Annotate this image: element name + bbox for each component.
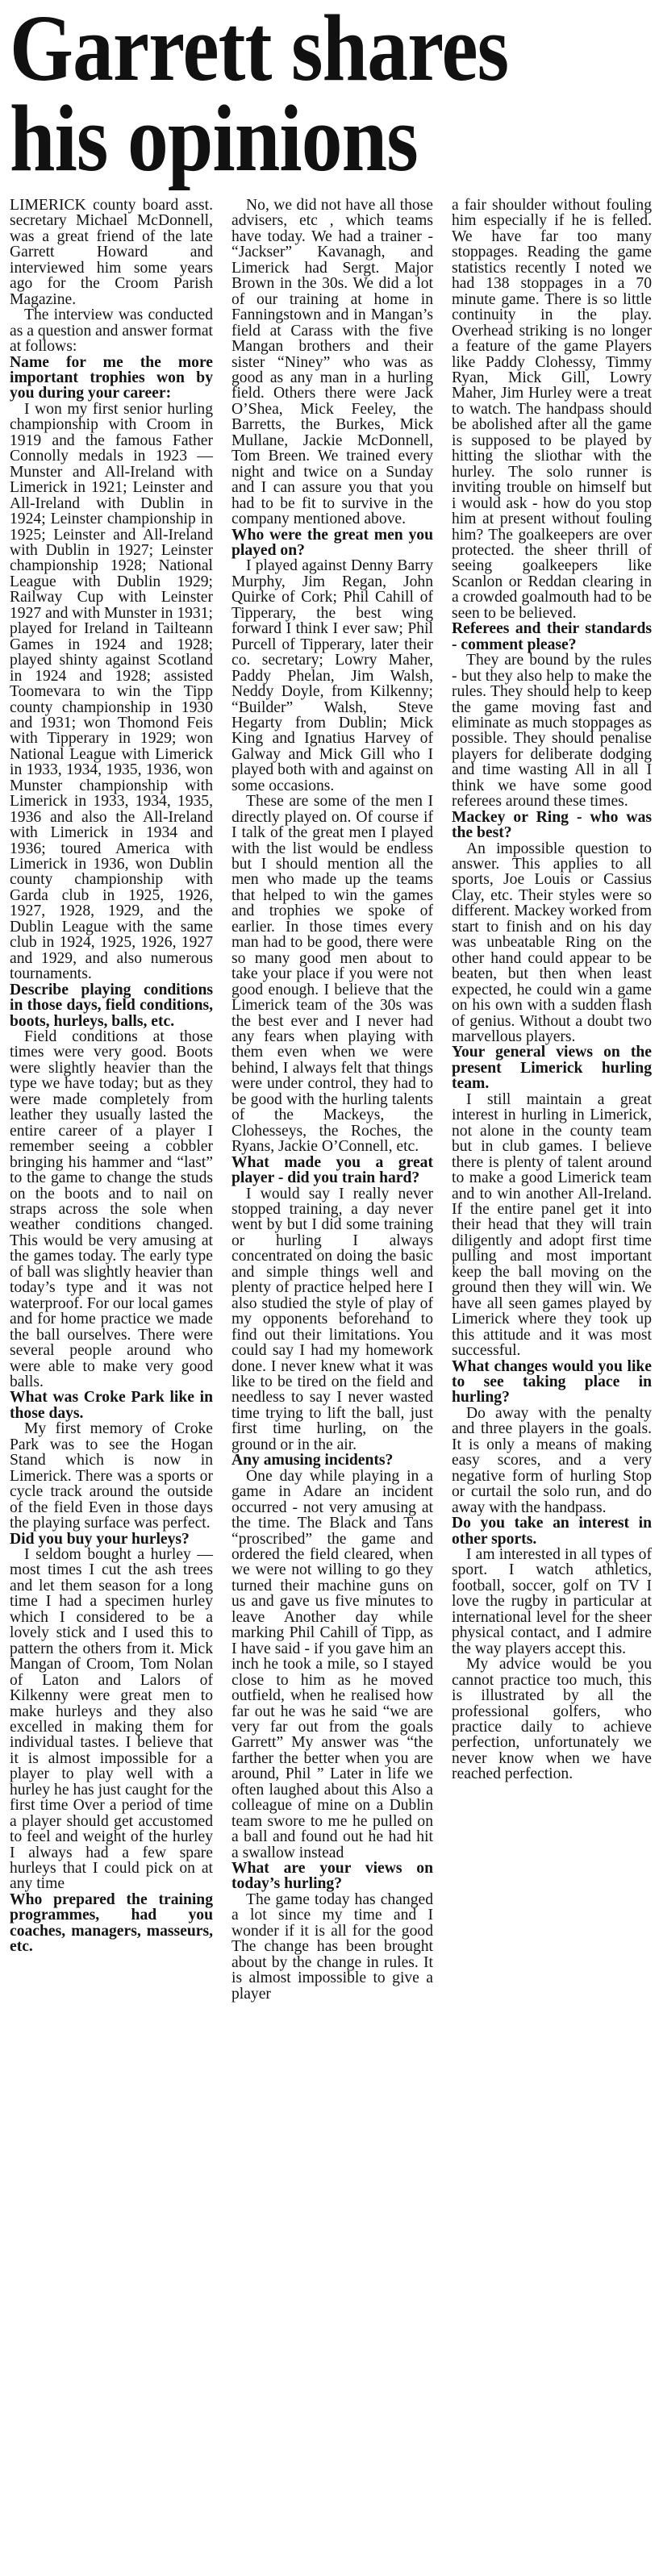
answer-changes: Do away with the penalty and three playe… xyxy=(452,1406,652,1515)
answer-mackey-or-ring: An impossible question to answer. This a… xyxy=(452,841,652,1045)
question-great-player: What made you a great player - did you t… xyxy=(231,1155,433,1186)
column-2: No, we did not have all those advisers, … xyxy=(231,198,433,2002)
answer-croke-park: My first memory of Croke Park was to see… xyxy=(10,1421,213,1531)
column-3: a fair shoulder without fouling him espe… xyxy=(452,198,652,1782)
question-croke-park: What was Croke Park like in those days. xyxy=(10,1390,213,1421)
question-referees: Referees and their standards - comment p… xyxy=(452,621,652,652)
answer-great-men-2: These are some of the men I directly pla… xyxy=(231,794,433,1154)
question-other-sports: Do you take an interest in other sports. xyxy=(452,1515,652,1547)
headline-line-2: his opinions xyxy=(10,85,418,191)
answer-todays-hurling: The game today has changed a lot since m… xyxy=(231,1892,433,2002)
question-todays-hurling: What are your views on today’s hurling? xyxy=(231,1861,433,1892)
answer-playing-conditions: Field conditions at those times were ver… xyxy=(10,1029,213,1390)
question-training-programmes: Who prepared the training programmes, ha… xyxy=(10,1892,213,1955)
format-paragraph: The interview was conducted as a questio… xyxy=(10,307,213,354)
headline: Garrett shares his opinions xyxy=(10,3,565,184)
question-hurleys: Did you buy your hurleys? xyxy=(10,1532,213,1547)
answer-limerick-team: I still maintain a great interest in hur… xyxy=(452,1092,652,1359)
answer-great-men-1: I played against Denny Barry Murphy, Jim… xyxy=(231,558,433,794)
question-great-men: Who were the great men you played on? xyxy=(231,527,433,559)
answer-trophies: I won my first senior hurling championsh… xyxy=(10,402,213,982)
answer-referees: They are bound by the rules - but they a… xyxy=(452,652,652,810)
answer-training-programmes: No, we did not have all those advisers, … xyxy=(231,198,433,527)
intro-paragraph: LIMERICK county board asst. secretary Mi… xyxy=(10,198,213,307)
answer-amusing-incidents: One day while playing in a game in Adare… xyxy=(231,1469,433,1861)
question-limerick-team: Your general views on the present Limeri… xyxy=(452,1044,652,1091)
question-playing-conditions: Describe playing conditions in those day… xyxy=(10,982,213,1029)
answer-other-sports: I am interested in all types of sport. I… xyxy=(452,1547,652,1657)
question-trophies: Name for me the more important trophies … xyxy=(10,355,213,402)
question-amusing-incidents: Any amusing incidents? xyxy=(231,1453,433,1468)
column-1: LIMERICK county board asst. secretary Mi… xyxy=(10,198,213,1955)
answer-hurleys: I seldom bought a hurley — most times I … xyxy=(10,1547,213,1892)
answer-todays-hurling-cont: a fair shoulder without fouling him espe… xyxy=(452,198,652,621)
question-mackey-or-ring: Mackey or Ring - who was the best? xyxy=(452,810,652,841)
answer-great-player: I would say I really never stopped train… xyxy=(231,1186,433,1453)
closing-advice: My advice would be you cannot practice t… xyxy=(452,1657,652,1782)
question-changes: What changes would you like to see takin… xyxy=(452,1359,652,1406)
